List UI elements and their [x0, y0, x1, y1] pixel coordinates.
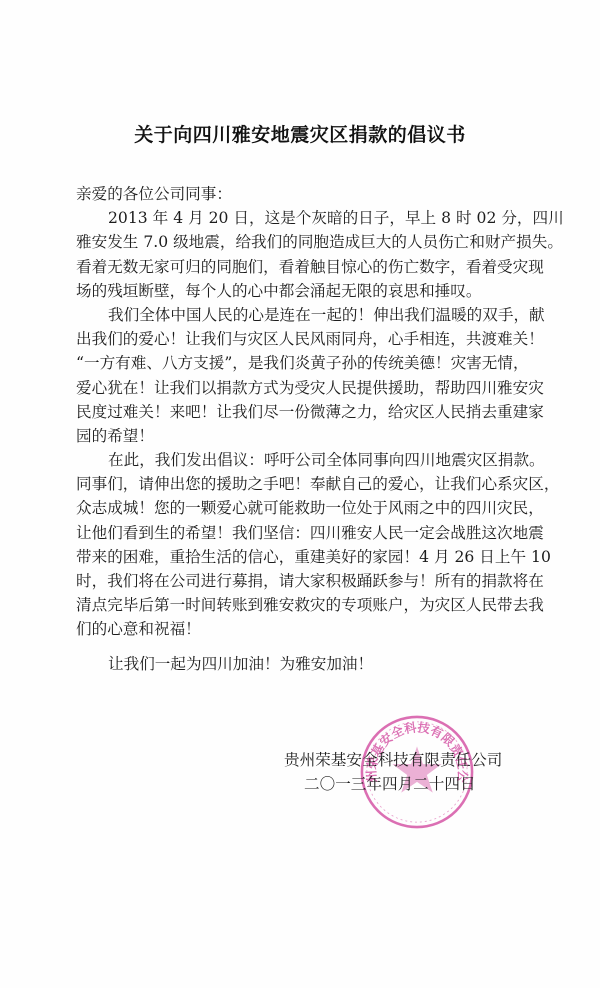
closing-line: 让我们一起为四川加油！为雅安加油！: [108, 652, 373, 674]
document-body: 亲爱的各位公司同事： 2013 年 4 月 20 日，这是个灰暗的日子，早上 8…: [76, 182, 486, 642]
signature-company: 贵州荣基安全科技有限责任公司: [284, 748, 502, 772]
paragraph-1-line-1: 2013 年 4 月 20 日，这是个灰暗的日子，早上 8 时 02 分，四川: [76, 206, 486, 230]
paragraph-3-line-6: 时，我们将在公司进行募捐，请大家积极踊跃参与！所有的捐款将在: [76, 569, 486, 593]
paragraph-3-line-2: 同事们，请伸出您的援助之手吧！奉献自己的爱心，让我们心系灾区，: [76, 472, 486, 496]
signature-block: 贵州荣基安全科技有限责任公司 二〇一三年四月二十四日: [284, 748, 502, 796]
paragraph-2-line-2: 出我们的爱心！让我们与灾区人民风雨同舟，心手相连，共渡难关！: [76, 327, 486, 351]
paragraph-1-line-4: 场的残垣断壁，每个人的心中都会涌起无限的哀思和捶叹。: [76, 279, 486, 303]
paragraph-3-line-3: 众志成城！您的一颗爱心就可能救助一位处于风雨之中的四川灾民，: [76, 496, 486, 520]
paragraph-1-line-3: 看着无数无家可归的同胞们，看着触目惊心的伤亡数字，看着受灾现: [76, 255, 486, 279]
paragraph-3-line-7: 清点完毕后第一时间转账到雅安救灾的专项账户，为灾区人民带去我: [76, 593, 486, 617]
document-page: 关于向四川雅安地震灾区捐款的倡议书 亲爱的各位公司同事： 2013 年 4 月 …: [0, 0, 600, 988]
paragraph-2-line-6: 园的希望！: [76, 424, 486, 448]
paragraph-3-line-5: 带来的困难，重拾生活的信心，重建美好的家园！4 月 26 日上午 10: [76, 545, 486, 569]
paragraph-3-line-4: 让他们看到生的希望！我们坚信：四川雅安人民一定会战胜这次地震: [76, 521, 486, 545]
paragraph-2-line-3: “一方有难、八方支援”，是我们炎黄子孙的传统美德！灾害无情，: [76, 351, 486, 375]
paragraph-3-line-1: 在此，我们发出倡议：呼吁公司全体同事向四川地震灾区捐款。: [76, 448, 486, 472]
paragraph-2-line-5: 民度过难关！来吧！让我们尽一份微薄之力，给灾区人民捎去重建家: [76, 400, 486, 424]
paragraph-1-line-2: 雅安发生 7.0 级地震，给我们的同胞造成巨大的人员伤亡和财产损失。: [76, 230, 486, 254]
paragraph-3-line-8: 们的心意和祝福！: [76, 617, 486, 641]
paragraph-2-line-4: 爱心犹在！让我们以捐款方式为受灾人民提供援助，帮助四川雅安灾: [76, 376, 486, 400]
salutation: 亲爱的各位公司同事：: [76, 182, 486, 206]
paragraph-2-line-1: 我们全体中国人民的心是连在一起的！伸出我们温暖的双手，献: [76, 303, 486, 327]
signature-date: 二〇一三年四月二十四日: [284, 772, 502, 796]
document-title: 关于向四川雅安地震灾区捐款的倡议书: [0, 120, 600, 147]
